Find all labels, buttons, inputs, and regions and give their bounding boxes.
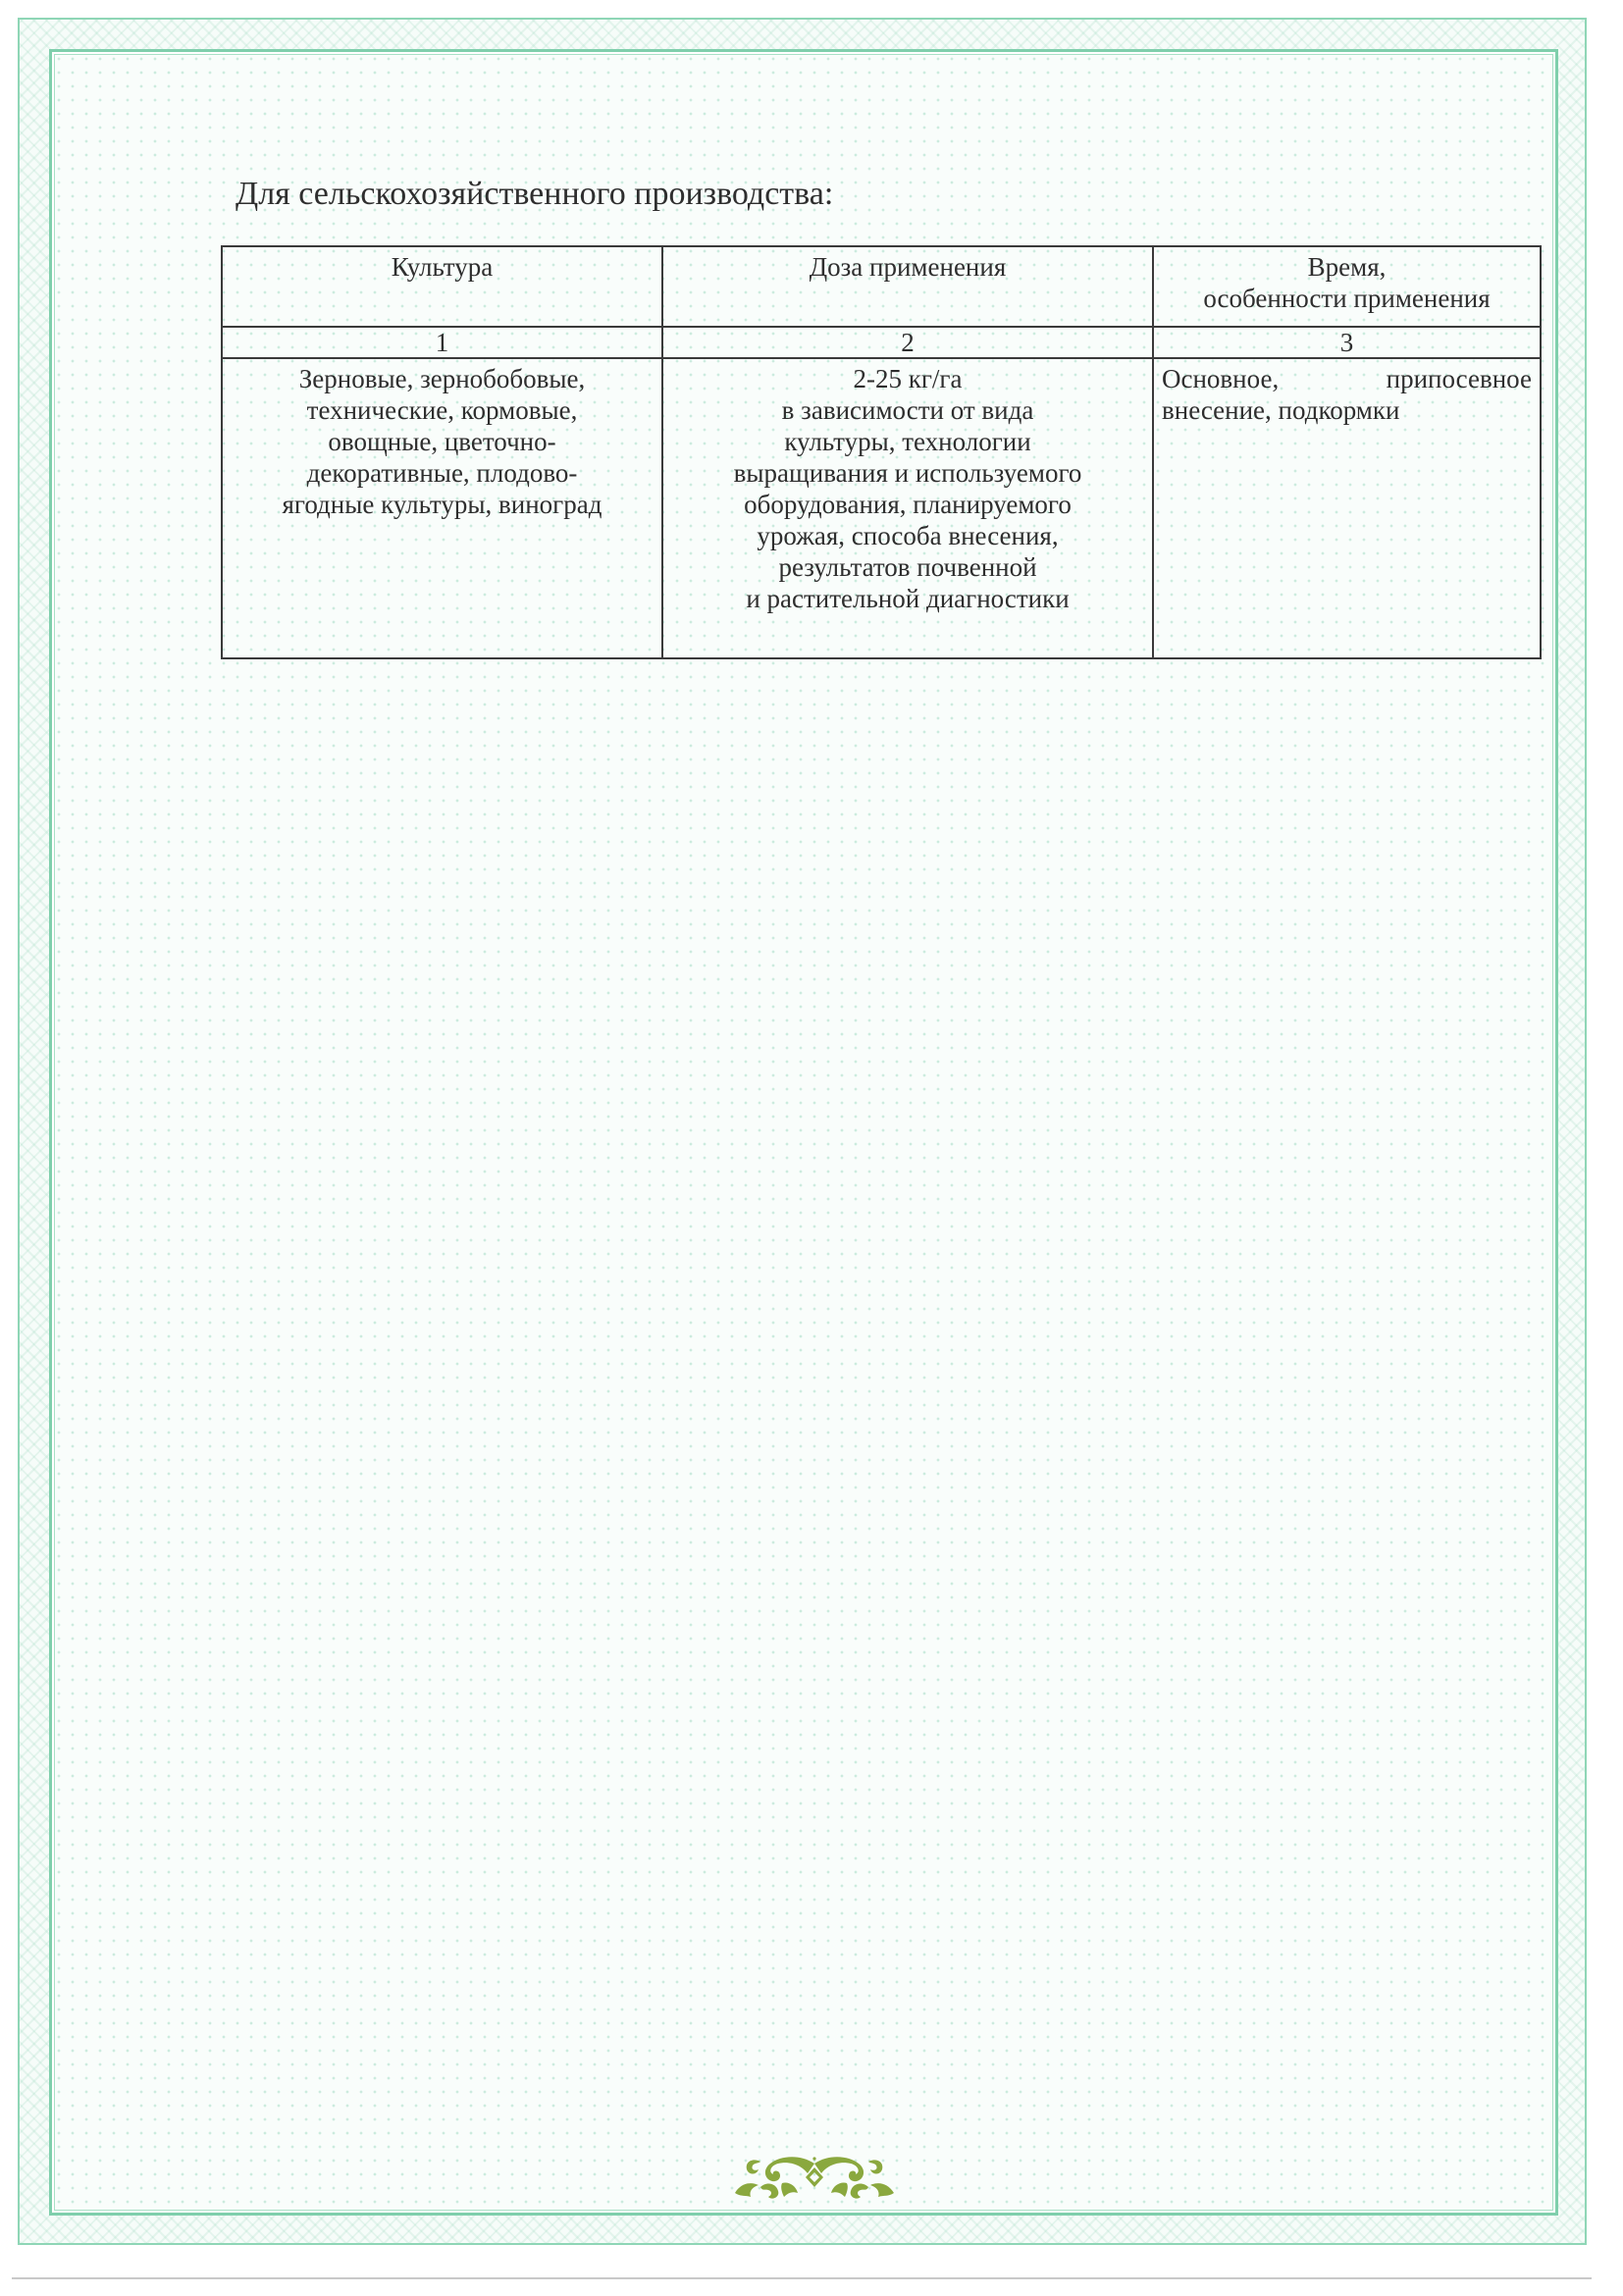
timing-cell: Основное, припосевное внесение, подкормк… (1153, 358, 1541, 658)
table-row: Зерновые, зернобобовые, технические, кор… (222, 358, 1541, 658)
section-title: Для сельскохозяйственного производства: (236, 175, 833, 214)
column-number: 1 (222, 327, 662, 358)
culture-cell: Зерновые, зернобобовые, технические, кор… (222, 358, 662, 658)
column-number: 2 (662, 327, 1153, 358)
floral-ornament-icon (731, 2154, 898, 2203)
application-table: Культура Доза применения Время, особенно… (221, 245, 1542, 659)
header-dose: Доза применения (662, 246, 1153, 327)
column-number-row: 1 2 3 (222, 327, 1541, 358)
header-timing: Время, особенности применения (1153, 246, 1541, 327)
table-header-row: Культура Доза применения Время, особенно… (222, 246, 1541, 327)
column-number: 3 (1153, 327, 1541, 358)
header-culture: Культура (222, 246, 662, 327)
page-bottom-rule (12, 2277, 1592, 2279)
dose-cell: 2-25 кг/га в зависимости от вида культур… (662, 358, 1153, 658)
